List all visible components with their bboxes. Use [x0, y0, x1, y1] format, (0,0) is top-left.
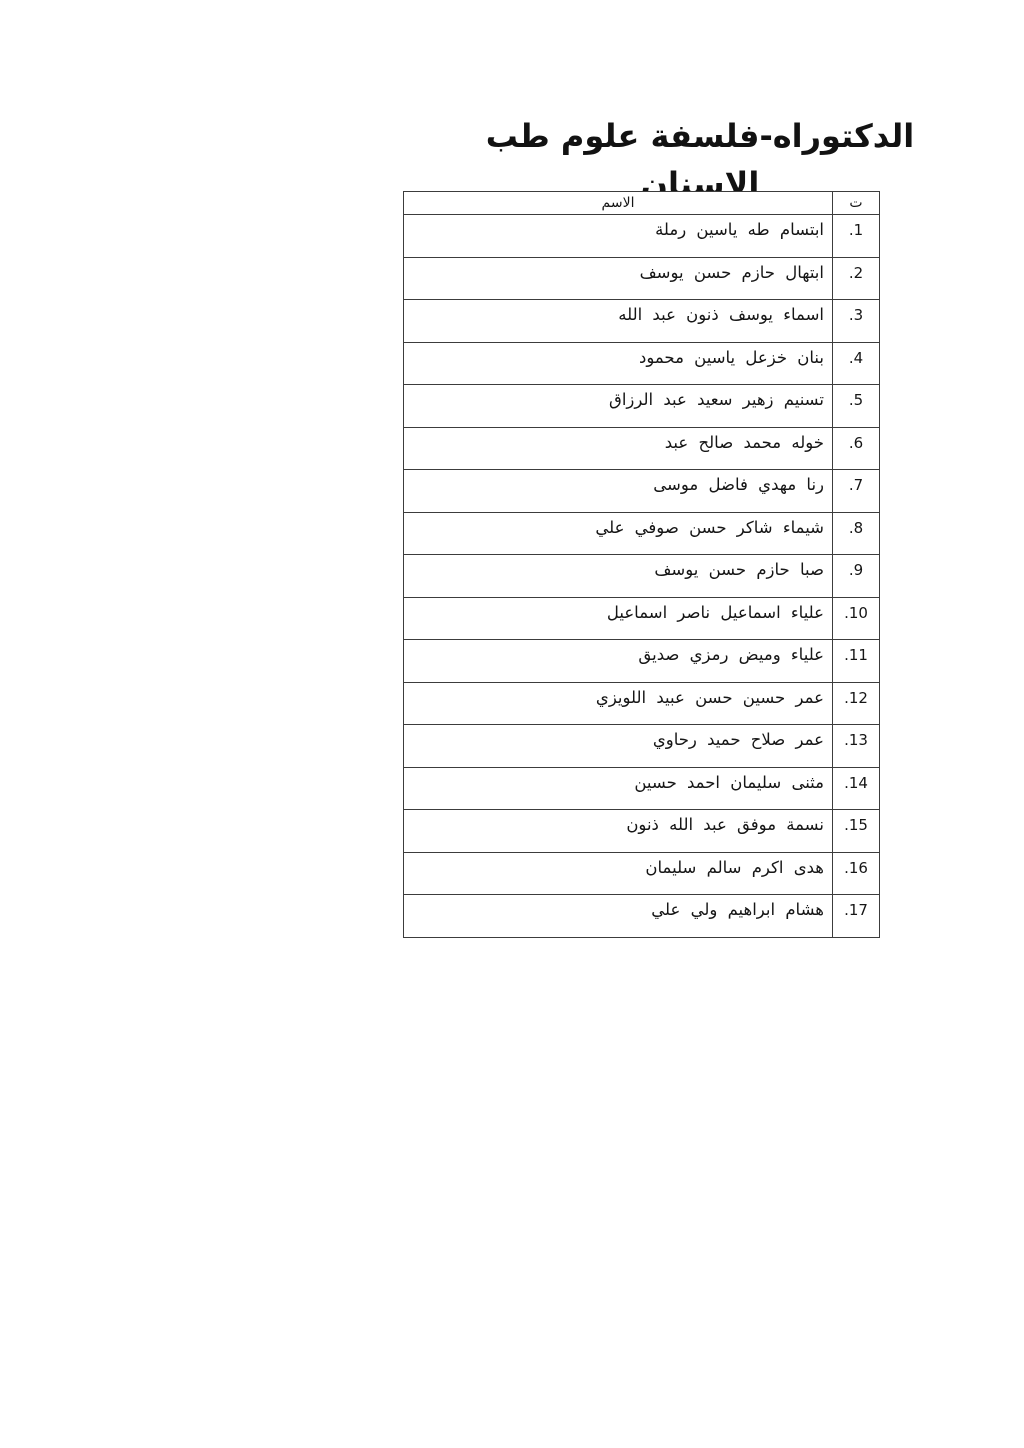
- table-row: 9. صبا حازم حسن يوسف: [404, 555, 880, 598]
- row-number-cell: 3.: [833, 300, 880, 343]
- table-row: 7. رنا مهدي فاضل موسى: [404, 470, 880, 513]
- row-name-cell: عمر حسين حسن عبيد اللويزي: [404, 682, 833, 725]
- row-number-cell: 12.: [833, 682, 880, 725]
- table-row: 14. مثنى سليمان احمد حسين: [404, 767, 880, 810]
- document-page: الدكتوراه-فلسفة علوم طب الاسنان ت الاسم …: [0, 0, 1024, 1448]
- row-number-cell: 14.: [833, 767, 880, 810]
- table-row: 2. ابتهال حازم حسن يوسف: [404, 257, 880, 300]
- table-row: 15. نسمة موفق عبد الله ذنون: [404, 810, 880, 853]
- roster-table: ت الاسم 1. ابتسام طه ياسين رملة 2. ابتها…: [403, 191, 880, 938]
- row-number-cell: 11.: [833, 640, 880, 683]
- row-name-cell: هشام ابراهيم ولي علي: [404, 895, 833, 938]
- table-row: 8. شيماء شاكر حسن صوفي علي: [404, 512, 880, 555]
- row-name-cell: ابتهال حازم حسن يوسف: [404, 257, 833, 300]
- row-name-cell: نسمة موفق عبد الله ذنون: [404, 810, 833, 853]
- row-name-cell: عمر صلاح حميد رحاوي: [404, 725, 833, 768]
- row-name-cell: خوله محمد صالح عبد: [404, 427, 833, 470]
- header-row: ت الاسم: [404, 192, 880, 215]
- row-number-cell: 6.: [833, 427, 880, 470]
- row-name-cell: هدى اكرم سالم سليمان: [404, 852, 833, 895]
- row-name-cell: مثنى سليمان احمد حسين: [404, 767, 833, 810]
- table-row: 13. عمر صلاح حميد رحاوي: [404, 725, 880, 768]
- row-name-cell: علياء وميض رمزي صديق: [404, 640, 833, 683]
- table-row: 10. علياء اسماعيل ناصر اسماعيل: [404, 597, 880, 640]
- table-row: 11. علياء وميض رمزي صديق: [404, 640, 880, 683]
- row-number-cell: 1.: [833, 215, 880, 258]
- table-row: 1. ابتسام طه ياسين رملة: [404, 215, 880, 258]
- table-row: 3. اسماء يوسف ذنون عبد الله: [404, 300, 880, 343]
- table-row: 17. هشام ابراهيم ولي علي: [404, 895, 880, 938]
- table-row: 4. بنان خزعل ياسين محمود: [404, 342, 880, 385]
- row-number-cell: 15.: [833, 810, 880, 853]
- row-number-cell: 17.: [833, 895, 880, 938]
- table-row: 5. تسنيم زهير سعيد عبد الرزاق: [404, 385, 880, 428]
- row-number-cell: 7.: [833, 470, 880, 513]
- table-row: 12. عمر حسين حسن عبيد اللويزي: [404, 682, 880, 725]
- row-name-cell: علياء اسماعيل ناصر اسماعيل: [404, 597, 833, 640]
- row-name-cell: رنا مهدي فاضل موسى: [404, 470, 833, 513]
- row-number-cell: 8.: [833, 512, 880, 555]
- col-header-num: ت: [833, 192, 880, 215]
- row-number-cell: 9.: [833, 555, 880, 598]
- row-number-cell: 13.: [833, 725, 880, 768]
- row-name-cell: ابتسام طه ياسين رملة: [404, 215, 833, 258]
- row-number-cell: 5.: [833, 385, 880, 428]
- row-name-cell: اسماء يوسف ذنون عبد الله: [404, 300, 833, 343]
- row-name-cell: شيماء شاكر حسن صوفي علي: [404, 512, 833, 555]
- row-name-cell: بنان خزعل ياسين محمود: [404, 342, 833, 385]
- table-row: 6. خوله محمد صالح عبد: [404, 427, 880, 470]
- row-name-cell: تسنيم زهير سعيد عبد الرزاق: [404, 385, 833, 428]
- row-number-cell: 10.: [833, 597, 880, 640]
- row-number-cell: 2.: [833, 257, 880, 300]
- row-number-cell: 16.: [833, 852, 880, 895]
- row-name-cell: صبا حازم حسن يوسف: [404, 555, 833, 598]
- table-row: 16. هدى اكرم سالم سليمان: [404, 852, 880, 895]
- col-header-name: الاسم: [404, 192, 833, 215]
- row-number-cell: 4.: [833, 342, 880, 385]
